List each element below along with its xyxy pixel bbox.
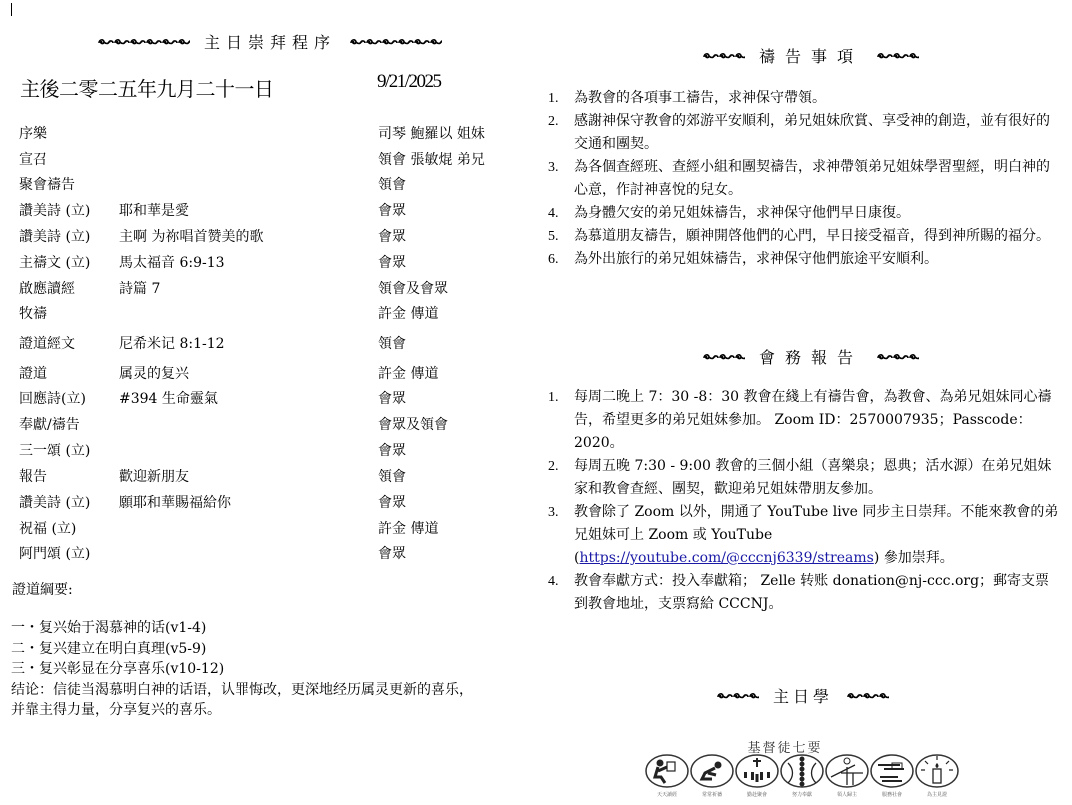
sunday-school-section-title: 主日學 — [717, 684, 889, 707]
program-row: 聚會禱告領會 — [19, 174, 519, 194]
essential-label: 領人歸主 — [825, 791, 869, 798]
seven-essentials-labels: 天天讀經 常常祈禱 勤赴聚會 努力奉獻 領人歸主 服務社會 為主見證 — [645, 791, 959, 798]
seven-essentials-icons — [645, 753, 959, 789]
prayer-item: 2.感謝神保守教會的郊游平安順利，弟兄姐妹欣賞、享受神的創造，並有很好的交通和團… — [548, 110, 1063, 156]
prayer-item: 3.為各個查經班、查經小組和團契禱告，求神帶領弟兄姐妹學習聖經，明白神的心意，作… — [548, 156, 1063, 202]
essential-label: 勤赴聚會 — [735, 791, 779, 798]
program-row: 主禱文 (立)馬太福音 6:9-13會眾 — [19, 252, 519, 272]
prayer-title: 禱告事項 — [759, 44, 863, 67]
program-item: 聚會禱告 — [19, 174, 75, 194]
essential-label: 常常祈禱 — [690, 791, 734, 798]
outline-point: 二・复兴建立在明白真理(v5-9) — [11, 639, 531, 660]
ornament-icon — [350, 38, 442, 46]
program-leader: 領會 張敏焜 弟兄 — [378, 149, 485, 169]
sermon-outline: 一・复兴始于渴慕神的话(v1-4) 二・复兴建立在明白真理(v5-9) 三・复兴… — [11, 618, 531, 721]
program-item: 讚美詩 (立) — [19, 226, 90, 246]
program-row: 啟應讀經詩篇 7領會及會眾 — [19, 278, 519, 298]
program-content: #394 生命靈氣 — [119, 388, 218, 408]
sunday-school-title: 主日學 — [773, 684, 833, 707]
program-item: 祝福 (立) — [19, 518, 76, 538]
program-row: 阿門頌 (立)會眾 — [19, 543, 519, 563]
prayer-item: 5.為慕道朋友禱告，願神開啓他們的心門，早日接受福音，得到神所賜的福分。 — [548, 225, 1063, 248]
program-content: 属灵的复兴 — [119, 363, 189, 383]
program-row: 回應詩(立)#394 生命靈氣會眾 — [19, 388, 519, 408]
service-icon — [870, 753, 914, 789]
sermon-outline-heading: 證道綱要: — [12, 579, 73, 599]
program-leader: 會眾 — [378, 440, 406, 460]
outline-conclusion: 并靠主得力量，分享复兴的喜乐。 — [11, 700, 531, 721]
evangelism-icon — [825, 753, 869, 789]
announcement-item: 3.教會除了 Zoom 以外，開通了 YouTube live 同步主日崇拜。不… — [548, 501, 1063, 570]
announcements-section-title: 會務報告 — [703, 345, 919, 368]
program-leader: 會眾 — [378, 252, 406, 272]
program-row: 三一頌 (立)會眾 — [19, 440, 519, 460]
program-row: 讚美詩 (立)耶和華是愛會眾 — [19, 200, 519, 220]
program-row: 奉獻/禱告會眾及領會 — [19, 414, 519, 434]
ornament-icon — [717, 692, 759, 700]
program-leader: 領會 — [378, 333, 406, 353]
ornament-icon — [703, 353, 745, 361]
program-item: 主禱文 (立) — [19, 252, 90, 272]
program-row: 序樂司琴 鮑羅以 姐妹 — [19, 123, 519, 143]
program-row: 祝福 (立)許金 傳道 — [19, 518, 519, 538]
program-row: 證道属灵的复兴許金 傳道 — [19, 363, 519, 383]
program-leader: 會眾 — [378, 226, 406, 246]
program-content: 馬太福音 6:9-13 — [119, 252, 225, 272]
program-row: 宣召領會 張敏焜 弟兄 — [19, 149, 519, 169]
announcement-item: 2.每周五晚 7:30 - 9:00 教會的三個小組（喜樂泉；恩典；活水源）在弟… — [548, 455, 1063, 501]
program-item: 序樂 — [19, 123, 47, 143]
program-row: 報告歡迎新朋友領會 — [19, 466, 519, 486]
text-cursor — [11, 3, 12, 16]
essential-label: 為主見證 — [915, 791, 959, 798]
witness-icon — [915, 753, 959, 789]
announcements-list: 1.每周二晚上 7：30 -8：30 教會在綫上有禱告會，為教會、為弟兄姐妹同心… — [548, 386, 1063, 616]
prayer-icon — [690, 753, 734, 789]
program-content: 詩篇 7 — [119, 278, 160, 298]
program-item: 報告 — [19, 466, 47, 486]
program-item: 宣召 — [19, 149, 47, 169]
program-leader: 會眾 — [378, 200, 406, 220]
prayer-item: 1.為教會的各項事工禱告，求神保守帶領。 — [548, 87, 1063, 110]
program-section-title: 主日崇拜程序 — [98, 30, 442, 53]
program-item: 證道經文 — [19, 333, 75, 353]
ornament-icon — [847, 692, 889, 700]
program-leader: 會眾及領會 — [378, 414, 448, 434]
date-chinese: 主後二零二五年九月二十一日 — [20, 73, 274, 102]
program-leader: 領會 — [378, 466, 406, 486]
program-item: 阿門頌 (立) — [19, 543, 90, 563]
ornament-icon — [98, 38, 190, 46]
ornament-icon — [877, 52, 919, 60]
essential-label: 天天讀經 — [645, 791, 689, 798]
program-item: 讚美詩 (立) — [19, 492, 90, 512]
ornament-icon — [703, 52, 745, 60]
program-row: 讚美詩 (立)主啊 为祢唱首赞美的歌會眾 — [19, 226, 519, 246]
outline-point: 一・复兴始于渴慕神的话(v1-4) — [11, 618, 531, 639]
offering-icon — [780, 753, 824, 789]
ornament-icon — [877, 353, 919, 361]
announcement-item: 1.每周二晚上 7：30 -8：30 教會在綫上有禱告會，為教會、為弟兄姐妹同心… — [548, 386, 1063, 455]
prayer-item: 4.為身體欠安的弟兄姐妹禱告，求神保守他們早日康復。 — [548, 202, 1063, 225]
prayer-list: 1.為教會的各項事工禱告，求神保守帶領。 2.感謝神保守教會的郊游平安順利，弟兄… — [548, 87, 1063, 271]
program-leader: 會眾 — [378, 543, 406, 563]
program-item: 三一頌 (立) — [19, 440, 90, 460]
program-item: 讚美詩 (立) — [19, 200, 90, 220]
program-row: 牧禱許金 傳道 — [19, 303, 519, 323]
bible-reading-icon — [645, 753, 689, 789]
program-leader: 許金 傳道 — [378, 518, 438, 538]
program-item: 回應詩(立) — [19, 388, 86, 408]
program-item: 牧禱 — [19, 303, 47, 323]
outline-conclusion: 结论：信徒当渴慕明白神的话语，认罪悔改，更深地经历属灵更新的喜乐， — [11, 680, 531, 701]
program-content: 願耶和華賜福給你 — [119, 492, 231, 512]
program-leader: 許金 傳道 — [378, 363, 438, 383]
essential-label: 服務社會 — [870, 791, 914, 798]
program-content: 耶和華是愛 — [119, 200, 189, 220]
seven-essentials-image: 基督徒七要 天天讀經 常常祈禱 勤赴聚會 努力奉獻 領人歸主 服務社會 為主見證 — [645, 735, 970, 805]
prayer-item: 6.為外出旅行的弟兄姐妹禱告，求神保守他們旅途平安順利。 — [548, 248, 1063, 271]
announcement-item: 4.教會奉獻方式：投入奉獻箱； Zelle 转账 donation@nj-ccc… — [548, 570, 1063, 616]
program-title: 主日崇拜程序 — [204, 30, 336, 53]
program-leader: 會眾 — [378, 492, 406, 512]
program-content: 歡迎新朋友 — [119, 466, 189, 486]
program-leader: 會眾 — [378, 388, 406, 408]
program-item: 啟應讀經 — [19, 278, 75, 298]
program-item: 證道 — [19, 363, 47, 383]
program-row: 證道經文尼希米记 8:1-12領會 — [19, 333, 519, 353]
program-row: 讚美詩 (立)願耶和華賜福給你會眾 — [19, 492, 519, 512]
prayer-section-title: 禱告事項 — [703, 44, 919, 67]
youtube-streams-link[interactable]: https://youtube.com/@cccnj6339/streams — [579, 550, 873, 566]
program-item: 奉獻/禱告 — [19, 414, 80, 434]
outline-point: 三・复兴彰显在分享喜乐(v10-12) — [11, 659, 531, 680]
fellowship-icon — [735, 753, 779, 789]
program-content: 主啊 为祢唱首赞美的歌 — [119, 226, 263, 246]
announcements-title: 會務報告 — [759, 345, 863, 368]
program-leader: 許金 傳道 — [378, 303, 438, 323]
date-numeric: 9/21/2025 — [377, 71, 441, 93]
program-leader: 司琴 鮑羅以 姐妹 — [378, 123, 485, 143]
program-content: 尼希米记 8:1-12 — [119, 333, 225, 353]
essential-label: 努力奉獻 — [780, 791, 824, 798]
program-leader: 領會 — [378, 174, 406, 194]
program-leader: 領會及會眾 — [378, 278, 448, 298]
